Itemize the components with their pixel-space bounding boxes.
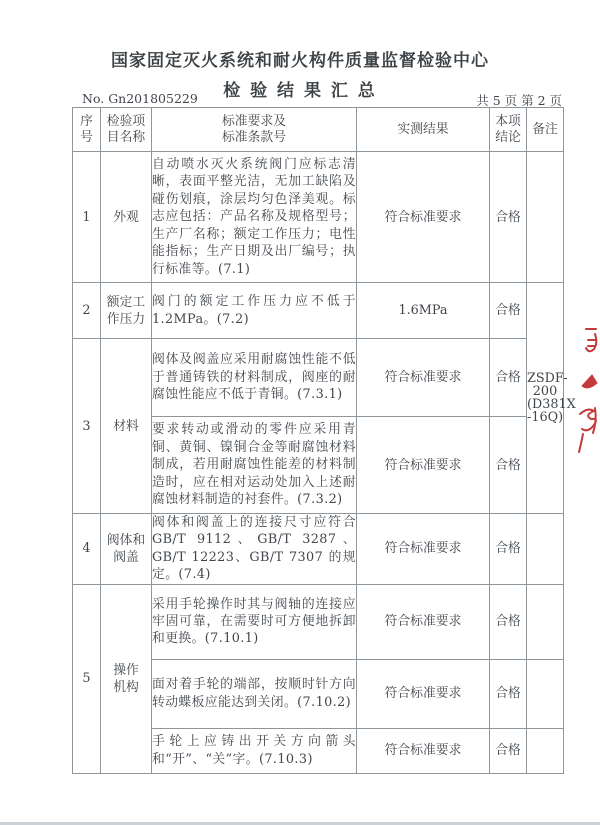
requirement-text: 阀门的额定工作压力应不低于1.2MPa。(7.2) xyxy=(152,283,357,339)
measured-result: 符合标准要求 xyxy=(357,728,490,773)
requirement-text: 要求转动或滑动的零件应采用青铜、黄铜、镍铜合金等耐腐蚀材料制成，若用耐腐蚀性能差… xyxy=(152,417,357,514)
row-no: 1 xyxy=(73,152,101,283)
measured-result: 1.6MPa xyxy=(357,283,490,339)
row-no: 2 xyxy=(73,283,101,339)
col-header-result: 实测结果 xyxy=(357,108,490,152)
inspection-results-table: 序号 检验项目名称 标准要求及标准条款号 实测结果 本项结论 备注 1 外观 自… xyxy=(72,107,564,774)
table-row: 4 阀体和阀盖 阀体和阀盖上的连接尺寸应符合 GB/T 9112、GB/T 32… xyxy=(73,514,564,585)
scanned-report-page: 国家固定灭火系统和耐火构件质量监督检验中心 检 验 结 果 汇 总 No. Gn… xyxy=(0,0,600,825)
conclusion: 合格 xyxy=(490,584,527,659)
requirement-text: 采用手轮操作时其与阀轴的连接应牢固可靠，在需要时可方便地拆卸和更换。(7.10.… xyxy=(152,584,357,659)
table-header-row: 序号 检验项目名称 标准要求及标准条款号 实测结果 本项结论 备注 xyxy=(73,108,564,152)
measured-result: 符合标准要求 xyxy=(357,584,490,659)
remark-empty xyxy=(527,659,564,728)
conclusion: 合格 xyxy=(490,514,527,585)
table-row: 2 额定工作压力 阀门的额定工作压力应不低于1.2MPa。(7.2) 1.6MP… xyxy=(73,283,564,339)
table-row: 3 材料 阀体及阀盖应采用耐腐蚀性能不低于普通铸铁的材料制成，阀座的耐腐蚀性能应… xyxy=(73,339,564,417)
requirement-text: 阀体及阀盖应采用耐腐蚀性能不低于普通铸铁的材料制成，阀座的耐腐蚀性能应不低于青铜… xyxy=(152,339,357,417)
remark-empty xyxy=(527,584,564,659)
row-no: 5 xyxy=(73,584,101,773)
item-name: 操作机构 xyxy=(101,584,152,773)
col-header-conclusion: 本项结论 xyxy=(490,108,527,152)
table-row: 5 操作机构 采用手轮操作时其与阀轴的连接应牢固可靠，在需要时可方便地拆卸和更换… xyxy=(73,584,564,659)
remark-empty xyxy=(527,152,564,283)
item-name: 额定工作压力 xyxy=(101,283,152,339)
measured-result: 符合标准要求 xyxy=(357,339,490,417)
row-no: 3 xyxy=(73,339,101,514)
requirement-text: 手轮上应铸出开关方向箭头和“开”、“关”字。(7.10.3) xyxy=(152,728,357,773)
col-header-item: 检验项目名称 xyxy=(101,108,152,152)
table-row: 1 外观 自动喷水灭火系统阀门应标志清晰，表面平整光洁，无加工缺陷及碰伤划痕，涂… xyxy=(73,152,564,283)
conclusion: 合格 xyxy=(490,417,527,514)
measured-result: 符合标准要求 xyxy=(357,659,490,728)
conclusion: 合格 xyxy=(490,728,527,773)
handwritten-red-margin-note xyxy=(570,318,600,463)
measured-result: 符合标准要求 xyxy=(357,514,490,585)
row-no: 4 xyxy=(73,514,101,585)
conclusion: 合格 xyxy=(490,283,527,339)
remark-sample-model: ZSDF-200(D381X-16Q) xyxy=(527,283,564,514)
conclusion: 合格 xyxy=(490,659,527,728)
item-name: 材料 xyxy=(101,339,152,514)
measured-result: 符合标准要求 xyxy=(357,417,490,514)
conclusion: 合格 xyxy=(490,339,527,417)
remark-empty xyxy=(527,514,564,585)
organization-title: 国家固定灭火系统和耐火构件质量监督检验中心 xyxy=(0,46,600,71)
item-name: 阀体和阀盖 xyxy=(101,514,152,585)
requirement-text: 自动喷水灭火系统阀门应标志清晰，表面平整光洁，无加工缺陷及碰伤划痕，涂层均匀色泽… xyxy=(152,152,357,283)
col-header-no: 序号 xyxy=(73,108,101,152)
requirement-text: 面对着手轮的端部，按顺时针方向转动蝶板应能达到关闭。(7.10.2) xyxy=(152,659,357,728)
item-name: 外观 xyxy=(101,152,152,283)
col-header-requirement: 标准要求及标准条款号 xyxy=(152,108,357,152)
measured-result: 符合标准要求 xyxy=(357,152,490,283)
requirement-text: 阀体和阀盖上的连接尺寸应符合 GB/T 9112、GB/T 3287、GB/T … xyxy=(152,514,357,585)
conclusion: 合格 xyxy=(490,152,527,283)
remark-empty xyxy=(527,728,564,773)
col-header-remark: 备注 xyxy=(527,108,564,152)
